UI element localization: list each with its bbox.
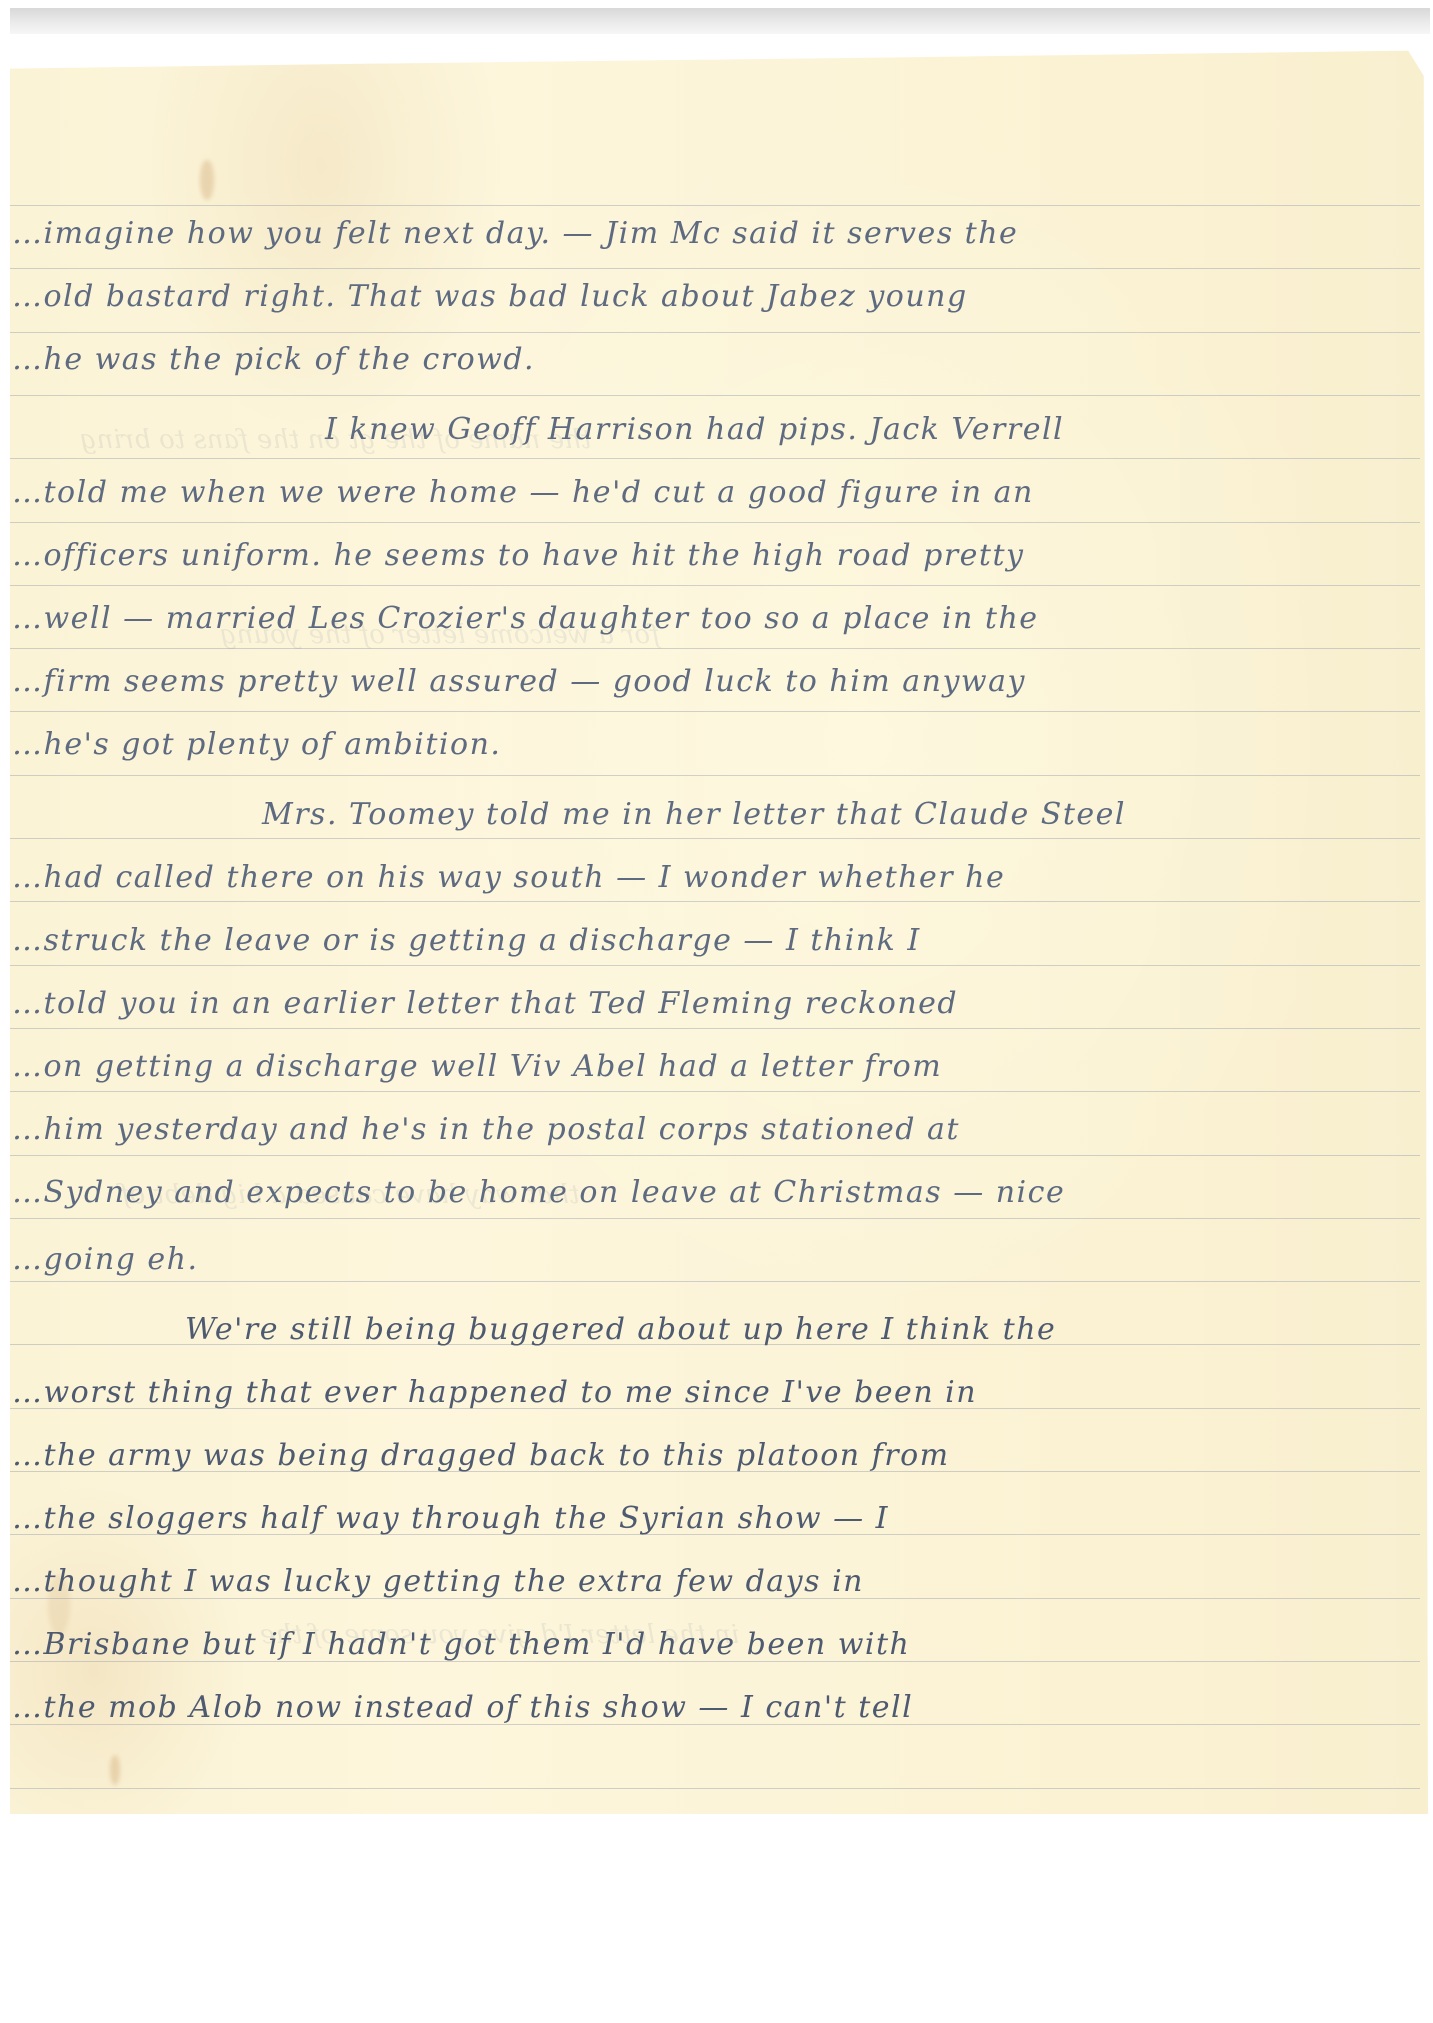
ruled-line [10, 585, 1420, 586]
handwritten-line: …told you in an earlier letter that Ted … [12, 984, 958, 1024]
ruled-line [10, 1218, 1420, 1219]
handwritten-line: …struck the leave or is getting a discha… [12, 921, 921, 961]
ruled-line [10, 1028, 1420, 1029]
foxing-stain [200, 160, 214, 200]
scanner-shadow [10, 8, 1430, 34]
ruled-line [10, 522, 1420, 523]
ruled-line [10, 648, 1420, 649]
handwritten-line: We're still being buggered about up here… [185, 1310, 1056, 1350]
ruled-line [10, 901, 1420, 902]
ruled-line [10, 1281, 1420, 1282]
ruled-line [10, 1788, 1420, 1789]
handwritten-line: …Brisbane but if I hadn't got them I'd h… [12, 1625, 910, 1665]
handwritten-line: …on getting a discharge well Viv Abel ha… [12, 1047, 942, 1087]
ruled-line [10, 395, 1420, 396]
ruled-line [10, 1091, 1420, 1092]
ruled-line [10, 332, 1420, 333]
ruled-line [10, 838, 1420, 839]
ruled-line [10, 458, 1420, 459]
handwritten-line: …the sloggers half way through the Syria… [12, 1499, 889, 1539]
handwritten-line: Mrs. Toomey told me in her letter that C… [262, 795, 1126, 835]
handwritten-line: …Sydney and expects to be home on leave … [12, 1173, 1065, 1213]
handwritten-line: …imagine how you felt next day. — Jim Mc… [12, 214, 1018, 254]
handwritten-line: …officers uniform. he seems to have hit … [12, 536, 1025, 576]
handwritten-line: I knew Geoff Harrison had pips. Jack Ver… [325, 410, 1064, 450]
handwritten-line: …him yesterday and he's in the postal co… [12, 1110, 960, 1150]
ruled-line [10, 1155, 1420, 1156]
handwritten-line: …well — married Les Crozier's daughter t… [12, 599, 1039, 639]
ruled-line [10, 205, 1420, 206]
handwritten-line: …he was the pick of the crowd. [12, 340, 535, 380]
scanned-page: the name of the gt on the fans to bring … [0, 0, 1433, 2023]
handwritten-line: …going eh. [12, 1240, 199, 1280]
ruled-line [10, 965, 1420, 966]
ruled-line [10, 775, 1420, 776]
handwritten-line: …worst thing that ever happened to me si… [12, 1373, 977, 1413]
handwritten-line: …the mob Alob now instead of this show —… [12, 1688, 913, 1728]
handwritten-line: …he's got plenty of ambition. [12, 725, 501, 765]
handwritten-line: …firm seems pretty well assured — good l… [12, 662, 1026, 702]
handwritten-line: …had called there on his way south — I w… [12, 858, 1005, 898]
handwritten-line: …told me when we were home — he'd cut a … [12, 473, 1034, 513]
handwritten-line: …old bastard right. That was bad luck ab… [12, 277, 968, 317]
handwritten-line: …the army was being dragged back to this… [12, 1436, 950, 1476]
ruled-line [10, 268, 1420, 269]
foxing-stain [110, 1755, 120, 1785]
handwritten-line: …thought I was lucky getting the extra f… [12, 1562, 864, 1602]
ruled-line [10, 711, 1420, 712]
